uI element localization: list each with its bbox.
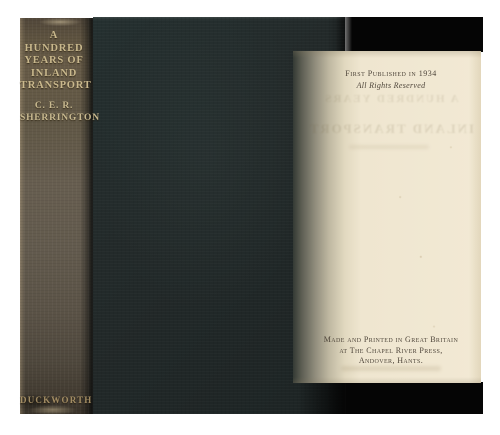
printer-imprint-line: Made and Printed in Great Britain [301,335,481,346]
printer-imprint: Made and Printed in Great Britain at The… [301,335,481,367]
spine-author: C. E. R. SHERRINGTON [20,100,88,124]
show-through-smudge [349,145,429,149]
spine-title-line: INLAND [20,68,88,81]
spine-author-line: SHERRINGTON [20,112,88,124]
book-photograph: A HUNDRED YEARS OF INLAND TRANSPORT C. E… [0,0,500,435]
spine-publisher: DUCKWORTH [20,395,88,405]
spine-title-line: TRANSPORT [20,80,88,93]
dark-backdrop-top [336,17,483,52]
spine-title-line: A HUNDRED [20,30,88,55]
spine-author-line: C. E. R. [20,100,88,112]
book-spine: A HUNDRED YEARS OF INLAND TRANSPORT C. E… [20,18,93,414]
printer-imprint-line: Andover, Hants. [301,356,481,367]
show-through-smudge [341,366,441,371]
imprint-publication-date: First Published in 1934 [301,69,481,78]
spine-title-line: YEARS OF [20,55,88,68]
dark-backdrop-bottom [298,382,483,414]
copyright-page: A HUNDRED YEARS INLAND TRANSPORT First P… [293,51,481,383]
show-through-title-line2: INLAND TRANSPORT [301,121,481,137]
imprint-rights-notice: All Rights Reserved [301,81,481,90]
show-through-title-line1: A HUNDRED YEARS [301,93,481,105]
printer-imprint-line: at The Chapel River Press, [301,346,481,357]
publication-imprint: First Published in 1934 All Rights Reser… [301,69,481,90]
spine-title: A HUNDRED YEARS OF INLAND TRANSPORT [20,30,88,93]
